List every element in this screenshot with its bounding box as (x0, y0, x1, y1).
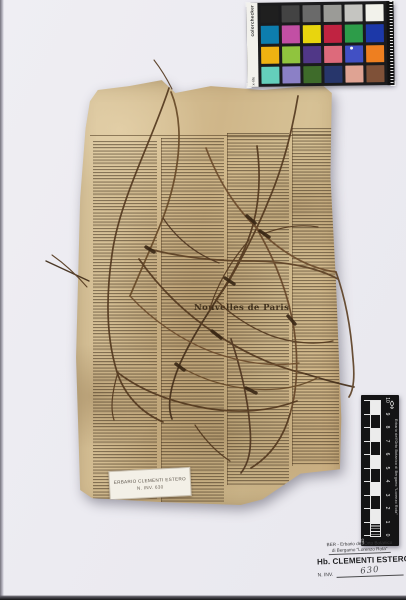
scale-bar-tick (364, 481, 370, 482)
scale-bar-tick (364, 508, 370, 509)
color-patch (366, 45, 384, 62)
scale-bar-number: 4 (384, 477, 390, 485)
scale-bar-segment (371, 428, 380, 442)
scale-bar-number: 0 (384, 531, 390, 539)
scale-bar-segment (371, 496, 380, 510)
newspaper-column-2 (161, 138, 224, 502)
scale-bar-side-text: Erbario dell'Orto Botanico di Bergamo "L… (394, 419, 398, 539)
xrite-logo: x-rite (251, 76, 255, 84)
scale-bar-number: 5 (384, 464, 390, 472)
scale-bar-number: 8 (384, 423, 390, 431)
scale-bar-segment (371, 401, 380, 415)
color-patch (345, 65, 363, 82)
color-patch (261, 66, 279, 83)
scale-bar-tick (364, 400, 370, 401)
color-patch (303, 45, 321, 62)
color-patch (303, 25, 321, 42)
color-patch (302, 5, 320, 22)
crop-corner-mark (389, 0, 394, 5)
scale-bar-tick (364, 468, 370, 469)
newspaper-sheet: Nouvelles de Paris ERBARIO CLEMENTI ESTE… (72, 78, 344, 508)
scale-bar-blocks (370, 400, 381, 537)
scale-bar-number: 7 (384, 437, 390, 445)
herbarium-name: Hb. CLEMENTI ESTERO (317, 555, 403, 567)
inventory-number-handwritten: 630 (360, 566, 380, 576)
scale-bar-tick (364, 535, 370, 536)
colorchecker-ruler-edge (386, 1, 394, 85)
color-patch (261, 46, 279, 63)
stamp-line2: N. INV. 630 (137, 484, 164, 490)
colorchecker-title: colorchecker (249, 5, 254, 37)
scale-bar-segment (371, 523, 380, 537)
scale-bar-tick (364, 495, 370, 496)
scale-bar-tick (364, 414, 370, 415)
scale-bar-segment (371, 482, 380, 496)
scale-bar-number: 2 (384, 504, 390, 512)
color-patch (282, 26, 300, 43)
color-patch (345, 45, 363, 62)
scale-bar-number: 3 (384, 491, 390, 499)
colorchecker-patches (257, 1, 387, 87)
collection-label-block: BER - Erbario dell'Orto Botanico di Berg… (316, 540, 403, 579)
scale-bar-segment (371, 415, 380, 429)
color-patch (324, 65, 342, 82)
color-patch (282, 46, 300, 63)
scale-bar-segment (371, 509, 380, 523)
color-patch (260, 6, 278, 23)
photo-frame-edge-left (0, 0, 4, 600)
scale-bar-tick (364, 454, 370, 455)
scale-bar-tick (364, 522, 370, 523)
color-patch (344, 4, 362, 21)
scale-bar-number: 6 (384, 450, 390, 458)
color-patch (366, 65, 384, 82)
color-patch (323, 5, 341, 22)
colorchecker-card: colorchecker x-rite (246, 1, 394, 87)
scale-bar: 012345678910 cm Erbario dell'Orto Botani… (361, 395, 399, 546)
color-patch (282, 66, 300, 83)
scale-bar-tick (364, 441, 370, 442)
scale-bar-segment (371, 469, 380, 483)
color-patch (281, 5, 299, 22)
color-patch (324, 45, 342, 62)
stamp-line1: ERBARIO CLEMENTI ESTERO (114, 476, 186, 485)
color-patch (366, 24, 384, 41)
inventory-label: N. INV. (317, 572, 333, 579)
photo-frame-edge-bottom (0, 595, 406, 600)
color-patch (261, 26, 279, 43)
scale-bar-number: 1 (384, 518, 390, 526)
scale-bar-number: 9 (384, 410, 390, 418)
newspaper-column-4 (292, 128, 339, 466)
herbarium-logo-icon (388, 400, 396, 410)
herbarium-stamp-label: ERBARIO CLEMENTI ESTERO N. INV. 630 (108, 467, 191, 500)
newspaper-headline: Nouvelles de Paris (194, 303, 278, 313)
color-patch (345, 25, 363, 42)
color-patch (324, 25, 342, 42)
scale-bar-segment (371, 442, 380, 456)
scale-bar-tick (364, 427, 370, 428)
scale-bar-segment (371, 455, 380, 469)
crop-corner-mark (391, 81, 396, 86)
color-patch (365, 4, 383, 21)
newspaper-page: Nouvelles de Paris ERBARIO CLEMENTI ESTE… (72, 78, 344, 508)
color-patch (303, 66, 321, 83)
newspaper-column-1 (93, 141, 157, 499)
